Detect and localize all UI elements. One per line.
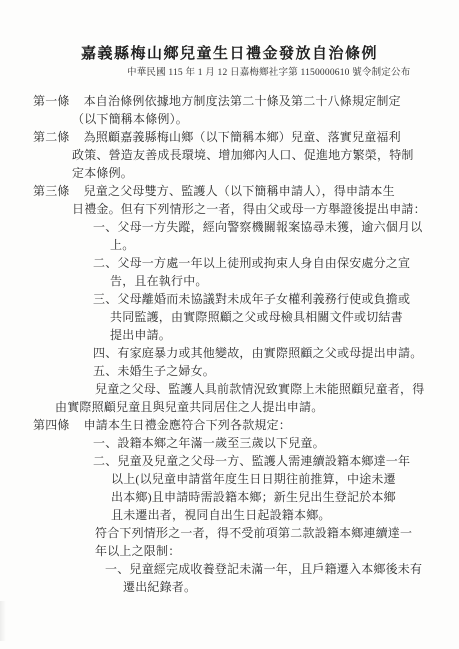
article-4-number: 第四條 [33,416,70,434]
article-3-item-3-line: 提出申請。 [110,326,459,344]
article-3-heading: 第三條兒童之父母雙方、監護人（以下簡稱申請人），得申請本生 [33,182,459,200]
article-2-text: 為照顧嘉義縣梅山鄉（以下簡稱本鄉）兒童、落實兒童福利 [84,130,401,144]
article-3-paragraph-2-line: 由實際照顧兒童且與兒童共同居住之人提出申請。 [55,398,459,416]
article-4-paragraph-2-item-1-line: 遷出紀錄者。 [123,578,459,596]
article-1-text: 本自治條例依據地方制度法第二十條及第二十八條規定制定 [84,94,401,108]
article-3-item-2: 二、父母一方處一年以上徒刑或拘束人身自由保安處分之宣 [93,254,459,272]
article-3-paragraph-2: 兒童之父母、監護人具前款情況致實際上未能照顧兒童者，得 [95,380,459,398]
article-1-number: 第一條 [33,92,70,110]
article-1-line: （以下簡稱本條例）。 [72,110,459,128]
article-2-number: 第二條 [33,128,70,146]
article-4-paragraph-2-item-1: 一、兒童經完成收養登記未滿一年，且戶籍遷入本鄉後未有 [105,560,459,578]
article-4-item-2-line: 且未遷出者，視同自出生日起設籍本鄉。 [111,506,459,524]
article-4-paragraph-2: 符合下列情形之一者，得不受前項第二款設籍本鄉連續達一 [95,524,459,542]
article-1-heading: 第一條本自治條例依據地方制度法第二十條及第二十八條規定制定 [33,92,459,110]
article-4-item-2-line: 出本鄉)且申請時需設籍本鄉；新生兒出生登記於本鄉 [111,488,459,506]
article-3-item-4: 四、有家庭暴力或其他變故，由實際照顧之父或母提出申請。 [93,344,459,362]
document-body: 第一條本自治條例依據地方制度法第二十條及第二十八條規定制定 （以下簡稱本條例）。… [0,92,459,596]
scanned-document-page: 嘉義縣梅山鄉兒童生日禮金發放自治條例 中華民國 115 年 1 月 12 日嘉梅… [0,0,459,649]
document-title: 嘉義縣梅山鄉兒童生日禮金發放自治條例 [0,0,459,64]
article-4-item-2-line: 以上(以兒童申請當年度生日日期往前推算，中途未遷 [111,470,459,488]
article-4-heading: 第四條申請本生日禮金應符合下列各款規定： [33,416,459,434]
article-3-item-3-line: 共同監護，由實際照顧之父或母檢具相關文件或切結書 [110,308,459,326]
article-2-line: 政策、營造友善成長環境、增加鄉內人口、促進地方繁榮，特制 [72,146,459,164]
article-3-item-1-line: 上。 [110,236,459,254]
article-3-item-5: 五、未婚生子之婦女。 [93,362,459,380]
article-2-heading: 第二條為照顧嘉義縣梅山鄉（以下簡稱本鄉）兒童、落實兒童福利 [33,128,459,146]
article-3-item-3: 三、父母離婚而未協議對未成年子女權利義務行使或負擔或 [93,290,459,308]
article-3-number: 第三條 [33,182,70,200]
article-3-text: 兒童之父母雙方、監護人（以下簡稱申請人），得申請本生 [84,184,395,198]
article-3-item-1: 一、父母一方失蹤，經向警察機關報案協尋未獲，逾六個月以 [93,218,459,236]
scan-artifact [0,601,6,641]
article-4-text: 申請本生日禮金應符合下列各款規定： [84,418,291,432]
article-4-item-2: 二、兒童及兒童之父母一方、監護人需連續設籍本鄉達一年 [93,452,459,470]
article-4-item-1: 一、設籍本鄉之年滿一歲至三歲以下兒童。 [93,434,459,452]
article-3-line: 日禮金。但有下列情形之一者，得由父或母一方舉證後提出申請： [72,200,459,218]
promulgation-line: 中華民國 115 年 1 月 12 日嘉梅鄉社字第 1150000610 號令制… [127,67,459,79]
article-4-paragraph-2-line: 年以上之限制： [95,542,459,560]
article-3-item-2-line: 告，且在執行中。 [110,272,459,290]
article-2-line: 定本條例。 [72,164,459,182]
